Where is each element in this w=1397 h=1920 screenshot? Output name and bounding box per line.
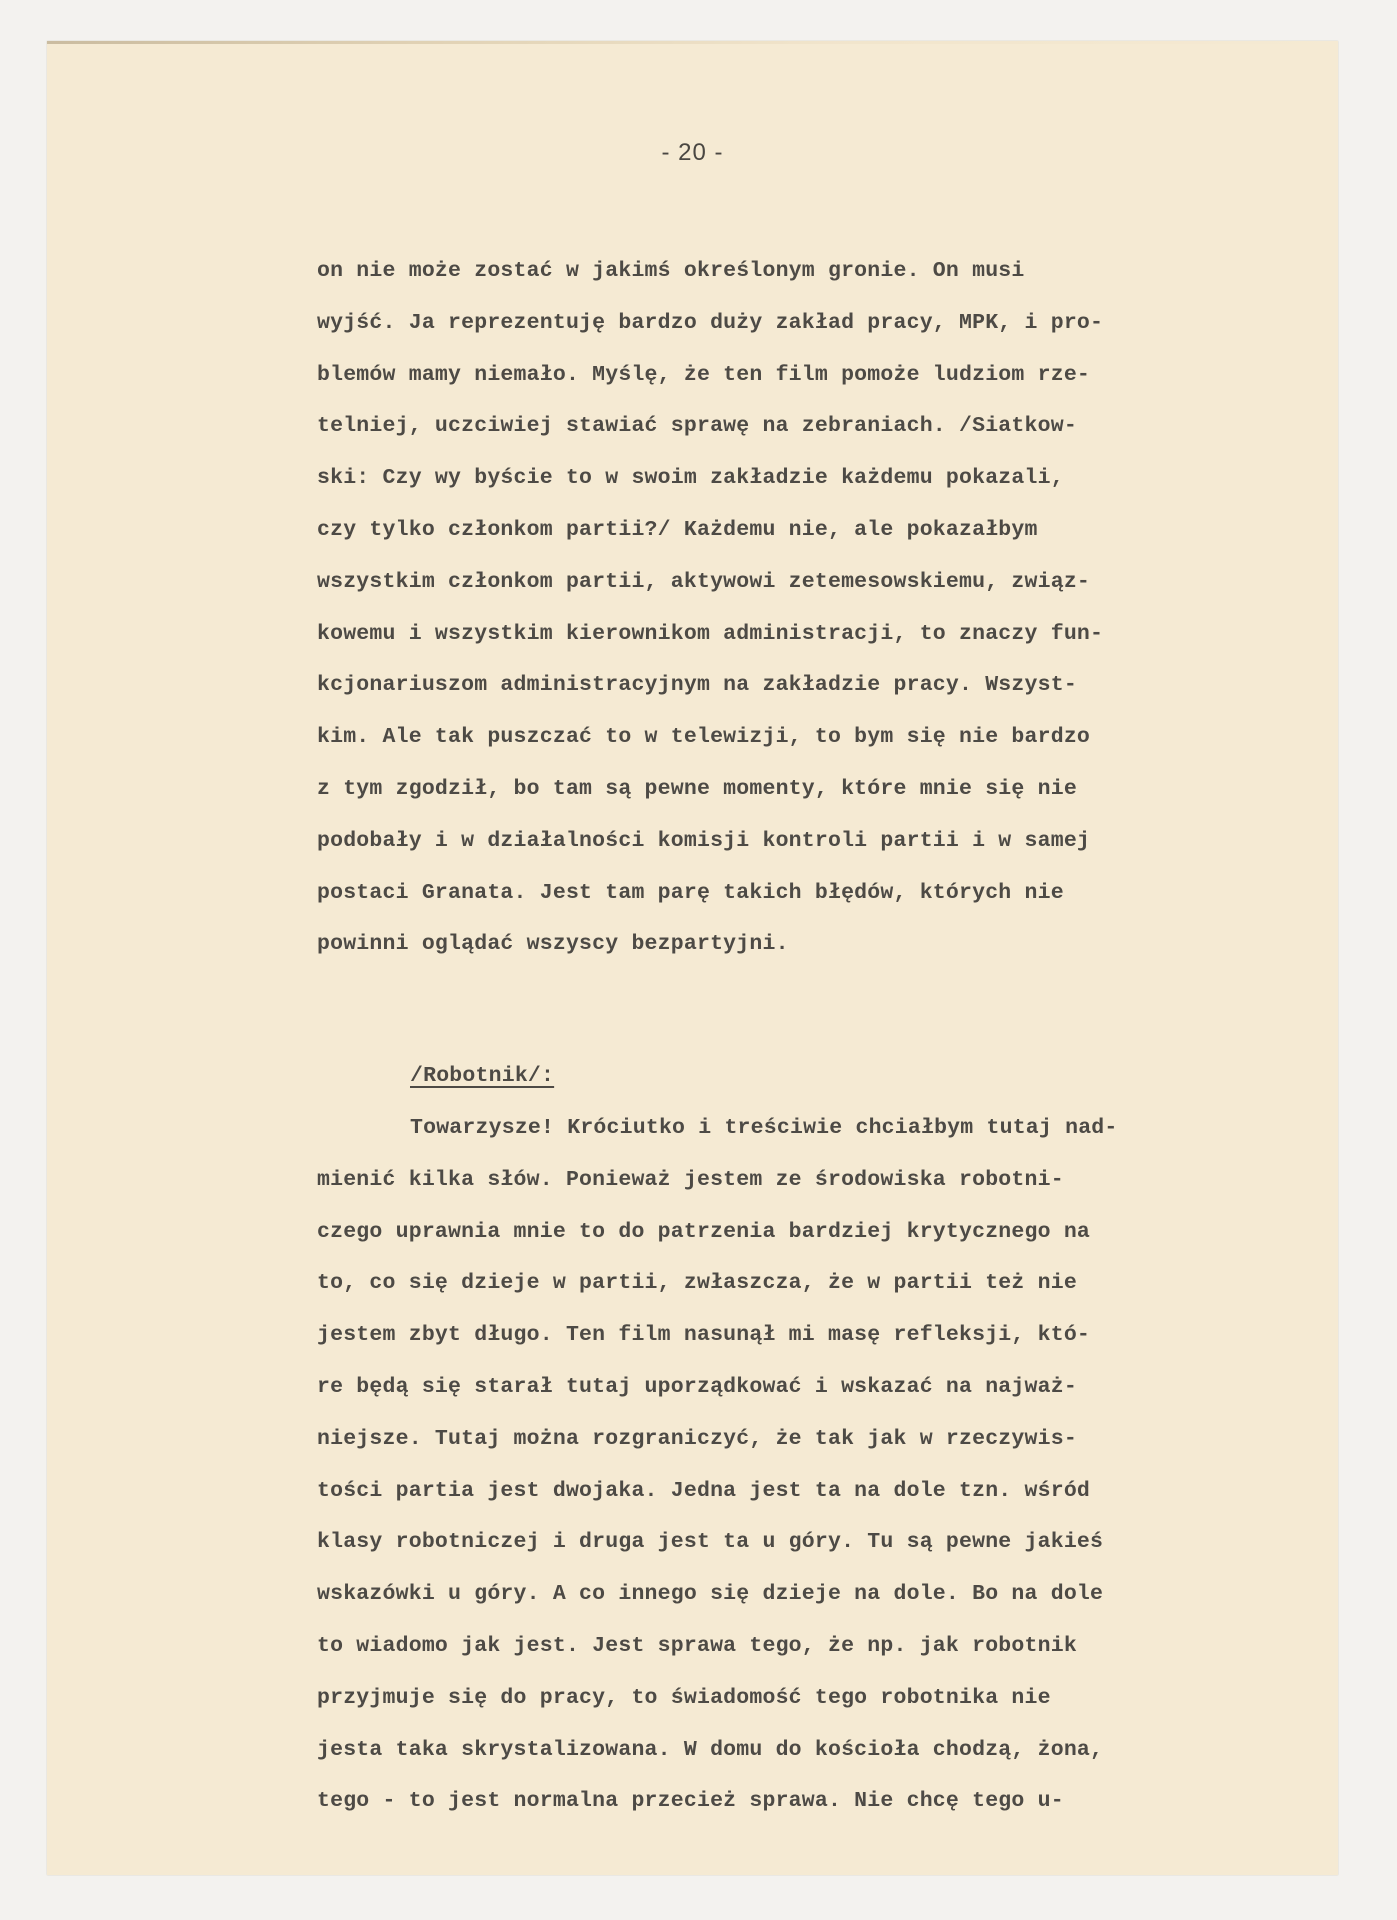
text-line: wszystkim członkom partii, aktywowi zete…	[317, 557, 1317, 609]
text-line: jesta taka skrystalizowana. W domu do ko…	[317, 1725, 1317, 1777]
text-line: klasy robotniczej i druga jest ta u góry…	[317, 1517, 1317, 1569]
text-line: kcjonariuszom administracyjnym na zakład…	[317, 660, 1317, 712]
paragraph-statement-continuation: on nie może zostać w jakimś określonym g…	[317, 246, 1317, 971]
page-number: - 20 -	[47, 139, 1338, 167]
text-line: niejsze. Tutaj można rozgraniczyć, że ta…	[317, 1414, 1317, 1466]
text-line: ski: Czy wy byście to w swoim zakładzie …	[317, 453, 1317, 505]
text-line: postaci Granata. Jest tam parę takich bł…	[317, 868, 1317, 920]
speaker-heading: /Robotnik/:	[317, 1051, 1317, 1103]
text-line: to wiadomo jak jest. Jest sprawa tego, ż…	[317, 1621, 1317, 1673]
text-line: kim. Ale tak puszczać to w telewizji, to…	[317, 712, 1317, 764]
text-line: to, co się dzieje w partii, zwłaszcza, ż…	[317, 1258, 1317, 1310]
paragraph-gap	[317, 971, 1317, 1051]
text-line: on nie może zostać w jakimś określonym g…	[317, 246, 1317, 298]
text-line: wskazówki u góry. A co innego się dzieje…	[317, 1569, 1317, 1621]
text-line: Towarzysze! Króciutko i treściwie chciał…	[317, 1103, 1317, 1155]
text-line: jestem zbyt długo. Ten film nasunął mi m…	[317, 1310, 1317, 1362]
text-line: przyjmuje się do pracy, to świadomość te…	[317, 1673, 1317, 1725]
text-line: re będą się starał tutaj uporządkować i …	[317, 1362, 1317, 1414]
page-body: on nie może zostać w jakimś określonym g…	[317, 246, 1317, 1828]
text-line: czy tylko członkom partii?/ Każdemu nie,…	[317, 505, 1317, 557]
text-line: czego uprawnia mnie to do patrzenia bard…	[317, 1207, 1317, 1259]
paragraph-worker-statement: Towarzysze! Króciutko i treściwie chciał…	[317, 1103, 1317, 1828]
text-line: kowemu i wszystkim kierownikom administr…	[317, 609, 1317, 661]
typewritten-page: - 20 - on nie może zostać w jakimś okreś…	[47, 41, 1338, 1875]
text-line: powinni oglądać wszyscy bezpartyjni.	[317, 919, 1317, 971]
text-line: z tym zgodził, bo tam są pewne momenty, …	[317, 764, 1317, 816]
text-line: tego - to jest normalna przecież sprawa.…	[317, 1776, 1317, 1828]
text-line: wyjść. Ja reprezentuję bardzo duży zakła…	[317, 298, 1317, 350]
text-line: tości partia jest dwojaka. Jedna jest ta…	[317, 1466, 1317, 1518]
text-line: mienić kilka słów. Ponieważ jestem ze śr…	[317, 1155, 1317, 1207]
text-line: blemów mamy niemało. Myślę, że ten film …	[317, 350, 1317, 402]
text-line: podobały i w działalności komisji kontro…	[317, 816, 1317, 868]
text-line: telniej, uczciwiej stawiać sprawę na zeb…	[317, 401, 1317, 453]
